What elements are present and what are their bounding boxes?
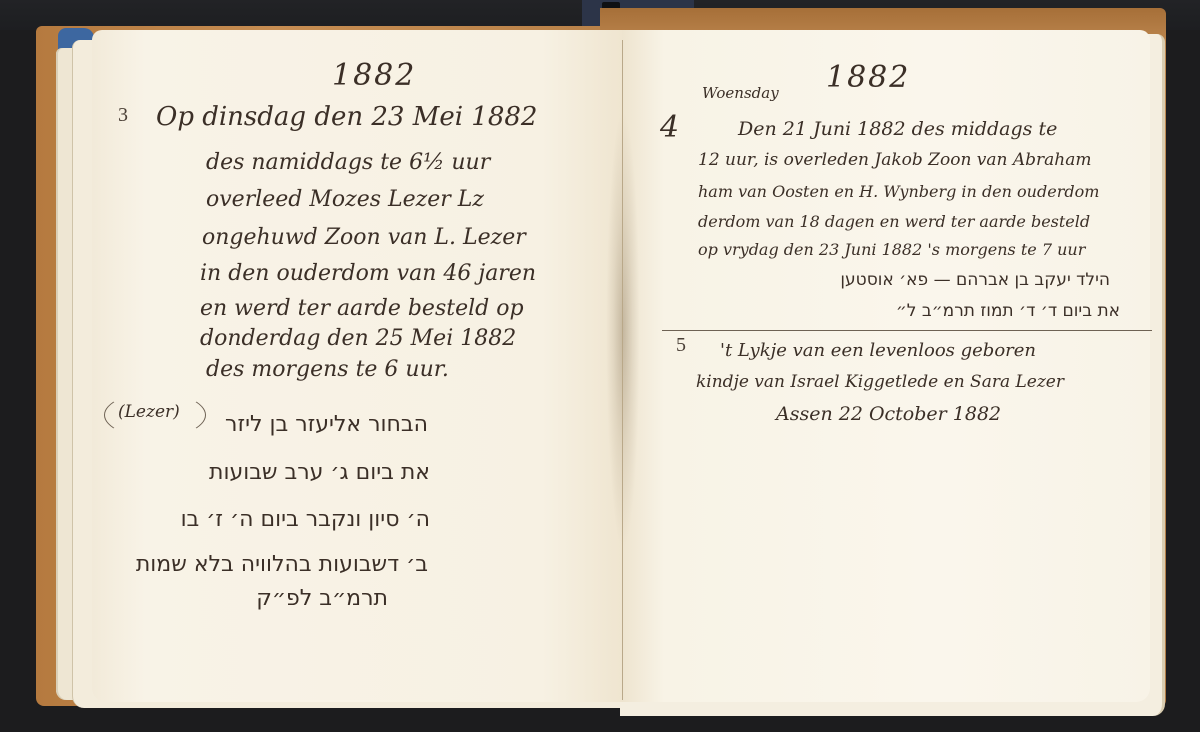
left-hebrew-line-3: ה׳ סיון ונקבר ביום ה׳ ז׳ בו xyxy=(160,507,430,532)
left-line-3: overleed Mozes Lezer Lz xyxy=(206,187,484,212)
left-line-6: en werd ter aarde besteld op xyxy=(200,296,524,321)
right-line-3: ham van Oosten en H. Wynberg in den oude… xyxy=(698,182,1099,201)
gutter-stain xyxy=(606,110,640,550)
left-hebrew-line-5: תרמ״ב לפ״ק xyxy=(218,586,388,611)
book-gutter xyxy=(622,40,623,700)
right-line-1: Den 21 Juni 1882 des middags te xyxy=(738,118,1057,140)
right-line-4: derdom van 18 dagen en werd ter aarde be… xyxy=(698,212,1090,231)
right-line-5: op vrydag den 23 Juni 1882 's morgens te… xyxy=(698,240,1085,259)
weekday-note: Woensday xyxy=(702,84,779,102)
right-entry5-line-3: Assen 22 October 1882 xyxy=(776,403,1001,425)
entry-separator xyxy=(662,330,1152,331)
left-hebrew-line-4: ב׳ דשבועות בהלוויה בלא שמות xyxy=(128,552,428,577)
left-line-7: donderdag den 25 Mei 1882 xyxy=(200,326,516,351)
entry-number-5: 5 xyxy=(676,334,686,357)
left-line-1: Op dinsdag den 23 Mei 1882 xyxy=(156,102,537,132)
left-line-4: ongehuwd Zoon van L. Lezer xyxy=(202,225,526,250)
margin-mark-4: 4 xyxy=(660,110,679,145)
right-hebrew-line-2: את ביום ד׳ ד׳ תמוז תרמ״ב ל״ xyxy=(800,301,1120,321)
left-year-heading: 1882 xyxy=(332,58,416,93)
right-hebrew-line-1: הילד יעקב בן אברהם — פא׳ אוסטען xyxy=(700,270,1110,290)
left-line-5: in den ouderdom van 46 jaren xyxy=(200,261,536,286)
right-line-2: 12 uur, is overleden Jakob Zoon van Abra… xyxy=(698,150,1092,170)
left-hebrew-line-1: הבחור אליעזר בן ליזר xyxy=(218,412,428,437)
entry-number-3: 3 xyxy=(118,104,128,127)
left-hebrew-line-2: את ביום ג׳ ערב שבועות xyxy=(150,460,430,485)
right-entry5-line-2: kindje van Israel Kiggetlede en Sara Lez… xyxy=(696,372,1064,392)
right-entry5-line-1: 't Lykje van een levenloos geboren xyxy=(720,340,1036,361)
margin-name: (Lezer) xyxy=(118,402,180,422)
left-line-8: des morgens te 6 uur. xyxy=(206,357,449,382)
left-line-2: des namiddags te 6½ uur xyxy=(206,150,490,175)
right-year-heading: 1882 xyxy=(826,60,910,95)
